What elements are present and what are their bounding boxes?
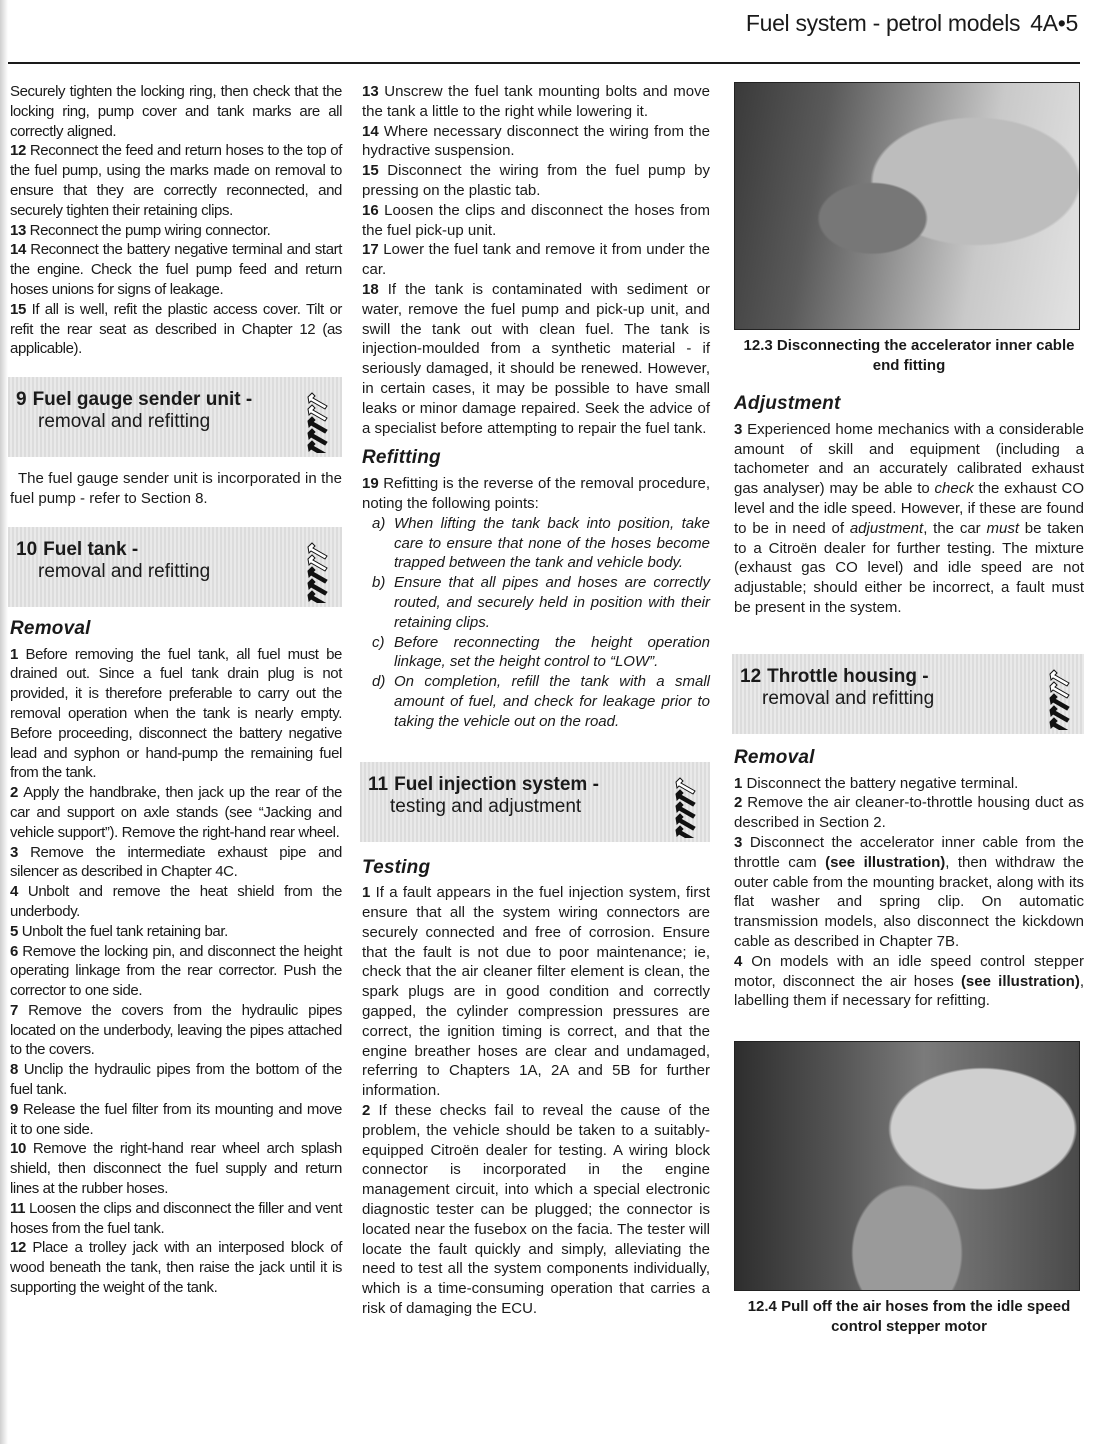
section-number: 11 [368,774,388,795]
step-text: Unbolt and remove the heat shield from t… [10,883,342,920]
step-paragraph: 4 Unbolt and remove the heat shield from… [10,882,342,922]
step-text: Unbolt the fuel tank retaining bar. [22,923,228,940]
step-text: Reconnect the pump wiring connector. [30,222,271,239]
step-paragraph: 10 Remove the right-hand rear wheel arch… [10,1139,342,1198]
step-text: Disconnect the battery negative terminal… [747,775,1019,792]
step-number: 2 [10,784,23,801]
wrench-difficulty-icon [1046,664,1074,730]
adjustment-text: 3 Experienced home mechanics with a cons… [734,420,1084,618]
step-paragraph: 15 Disconnect the wiring from the fuel p… [362,161,710,201]
step-number: 10 [10,1140,33,1157]
section-subtitle: removal and refitting [740,688,1074,710]
page-number: 4A•5 [1030,10,1078,36]
step-paragraph: 14 Where necessary disconnect the wiring… [362,122,710,162]
step-text: Loosen the clips and disconnect the fill… [10,1200,342,1237]
point-letter: a) [372,514,394,573]
adjustment-heading: Adjustment [734,394,1084,414]
step-number: 9 [10,1101,23,1118]
section-number: 10 [16,539,37,560]
step-paragraph: 12 Reconnect the feed and return hoses t… [10,141,342,220]
step-paragraph: 13 Reconnect the pump wiring connector. [10,221,342,241]
step-number: 5 [10,923,22,940]
step-text: Reconnect the feed and return hoses to t… [10,142,342,218]
step-text: Remove the locking pin, and disconnect t… [10,943,342,1000]
figure-12-3-photo [734,82,1080,330]
point-text: Ensure that all pipes and hoses are corr… [394,573,710,632]
step-paragraph: 12 Place a trolley jack with an interpos… [10,1238,342,1297]
step-paragraph: 2 If these checks fail to reveal the cau… [362,1101,710,1319]
step-text: Remove the covers from the hydraulic pip… [10,1002,342,1059]
point-letter: b) [372,573,394,632]
step-number: 17 [362,241,383,258]
header-rule [8,62,1080,64]
step-number: 14 [362,123,384,140]
step-paragraph: 14 Reconnect the battery negative termin… [10,240,342,299]
step-number: 3 [734,834,750,851]
section-title: Fuel injection system - [394,774,599,795]
step-paragraph: 1 If a fault appears in the fuel injecti… [362,883,710,1101]
step-text: Where necessary disconnect the wiring fr… [362,123,710,160]
step-text: Lower the fuel tank and remove it from u… [362,241,710,278]
step-text: If the tank is contaminated with sedimen… [362,281,710,437]
step-number: 12 [10,142,30,159]
refitting-points: a)When lifting the tank back into positi… [362,514,710,732]
step-paragraph: 15 If all is well, refit the plastic acc… [10,300,342,359]
step-text: Before removing the fuel tank, all fuel … [10,646,342,782]
step-text: check [935,480,974,497]
step-paragraph: Securely tighten the locking ring, then … [10,82,342,141]
section-9-text: The fuel gauge sender unit is incorporat… [10,469,342,509]
wrench-difficulty-icon [304,387,332,453]
step-number: 12 [10,1239,32,1256]
step-paragraph: 11 Loosen the clips and disconnect the f… [10,1199,342,1239]
section-9-header: 9Fuel gauge sender unit - removal and re… [8,377,342,457]
removal-heading: Removal [10,619,342,639]
step-number: 2 [734,794,747,811]
point-text: On completion, refill the tank with a sm… [394,672,710,731]
step-text: If these checks fail to reveal the cause… [362,1102,710,1317]
running-head: Fuel system - petrol models4A•5 [746,10,1078,37]
figure-12-4-photo [734,1041,1080,1291]
removal-steps: 1 Before removing the fuel tank, all fue… [10,645,342,1298]
point-letter: c) [372,633,394,673]
step-paragraph: 2 Apply the handbrake, then jack up the … [10,783,342,842]
step-text: Securely tighten the locking ring, then … [10,83,342,140]
step-text: Apply the handbrake, then jack up the re… [10,784,342,841]
step-text: Release the fuel filter from its mountin… [10,1101,342,1138]
section-10-header: 10Fuel tank - removal and refitting [8,527,342,607]
step-text: If a fault appears in the fuel injection… [362,884,710,1099]
step-number: 13 [10,222,30,239]
step-paragraph: 1 Before removing the fuel tank, all fue… [10,645,342,784]
point-text: Before reconnecting the height operation… [394,633,710,673]
step-text: (see illustration) [961,973,1080,990]
step-number: 6 [10,943,22,960]
removal-steps-continued: 13 Unscrew the fuel tank mounting bolts … [362,82,710,438]
step-text: Disconnect the wiring from the fuel pump… [362,162,710,199]
section-subtitle: removal and refitting [16,561,332,583]
page-gutter-shadow [0,0,8,1444]
point-text: When lifting the tank back into position… [394,514,710,573]
column-1: Securely tighten the locking ring, then … [10,82,342,1298]
step-paragraph: 6 Remove the locking pin, and disconnect… [10,942,342,1001]
refitting-point: c)Before reconnecting the height operati… [372,633,710,673]
point-letter: d) [372,672,394,731]
step-text: Remove the air cleaner-to-throttle housi… [734,794,1084,831]
wrench-difficulty-icon [304,537,332,603]
step-number: 4 [10,883,28,900]
figure-12-3-caption: 12.3 Disconnecting the accelerator inner… [734,336,1084,376]
wrench-difficulty-icon [672,772,700,838]
refitting-heading: Refitting [362,448,710,468]
step-text: (see illustration) [825,854,945,871]
step-paragraph: 4 On models with an idle speed control s… [734,952,1084,1011]
step-number: 15 [362,162,387,179]
chapter-title: Fuel system - petrol models [746,10,1020,36]
throttle-removal-steps: 1 Disconnect the battery negative termin… [734,774,1084,1012]
section-12-header: 12Throttle housing - removal and refitti… [732,654,1084,734]
section-subtitle: removal and refitting [16,411,332,433]
step-number: 7 [10,1002,28,1019]
step-number: 2 [362,1102,378,1119]
column-3: 12.3 Disconnecting the accelerator inner… [734,82,1084,1337]
refitting-point: b)Ensure that all pipes and hoses are co… [372,573,710,632]
refitting-intro: 19 Refitting is the reverse of the remov… [362,474,710,514]
testing-heading: Testing [362,858,710,878]
refitting-point: a)When lifting the tank back into positi… [372,514,710,573]
step-paragraph: 8 Unclip the hydraulic pipes from the bo… [10,1060,342,1100]
section-subtitle: testing and adjustment [368,796,700,818]
step-paragraph: 3 Disconnect the accelerator inner cable… [734,833,1084,952]
step-number: 11 [10,1200,29,1217]
step-paragraph: 17 Lower the fuel tank and remove it fro… [362,240,710,280]
intro-steps: Securely tighten the locking ring, then … [10,82,342,359]
step-text: Reconnect the battery negative terminal … [10,241,342,298]
step-text: If all is well, refit the plastic access… [10,301,342,358]
step-number: 1 [734,775,747,792]
step-paragraph: 5 Unbolt the fuel tank retaining bar. [10,922,342,942]
step-paragraph: 9 Release the fuel filter from its mount… [10,1100,342,1140]
step-number: 18 [362,281,388,298]
section-title: Fuel gauge sender unit - [33,389,253,410]
refitting-point: d)On completion, refill the tank with a … [372,672,710,731]
column-2: 13 Unscrew the fuel tank mounting bolts … [362,82,710,1319]
step-paragraph: 7 Remove the covers from the hydraulic p… [10,1001,342,1060]
testing-steps: 1 If a fault appears in the fuel injecti… [362,883,710,1319]
section-number: 12 [740,666,761,687]
step-text: adjustment [850,520,923,537]
step-text: Unclip the hydraulic pipes from the bott… [10,1061,342,1098]
step-number: 3 [734,421,747,438]
step-number: 13 [362,83,384,100]
step-number: 3 [10,844,30,861]
step-paragraph: 18 If the tank is contaminated with sedi… [362,280,710,438]
step-paragraph: 13 Unscrew the fuel tank mounting bolts … [362,82,710,122]
step-text: Remove the right-hand rear wheel arch sp… [10,1140,342,1197]
step-number: 8 [10,1061,24,1078]
section-title: Fuel tank - [43,539,138,560]
step-number: 14 [10,241,30,258]
step-paragraph: 16 Loosen the clips and disconnect the h… [362,201,710,241]
step-number: 16 [362,202,384,219]
step-text: Remove the intermediate exhaust pipe and… [10,844,342,881]
removal-heading: Removal [734,748,1084,768]
step-text: Loosen the clips and disconnect the hose… [362,202,710,239]
step-paragraph: 1 Disconnect the battery negative termin… [734,774,1084,794]
step-number: 1 [10,646,25,663]
step-text: must [986,520,1019,537]
figure-12-4-caption: 12.4 Pull off the air hoses from the idl… [734,1297,1084,1337]
step-number: 15 [10,301,32,318]
section-11-header: 11Fuel injection system - testing and ad… [360,762,710,842]
step-text: Place a trolley jack with an interposed … [10,1239,342,1296]
step-paragraph: 3 Remove the intermediate exhaust pipe a… [10,843,342,883]
step-text: Unscrew the fuel tank mounting bolts and… [362,83,710,120]
step-number: 1 [362,884,376,901]
section-title: Throttle housing - [767,666,928,687]
step-number: 4 [734,953,751,970]
section-number: 9 [16,389,27,410]
step-text: , the car [923,520,986,537]
step-paragraph: 2 Remove the air cleaner-to-throttle hou… [734,793,1084,833]
